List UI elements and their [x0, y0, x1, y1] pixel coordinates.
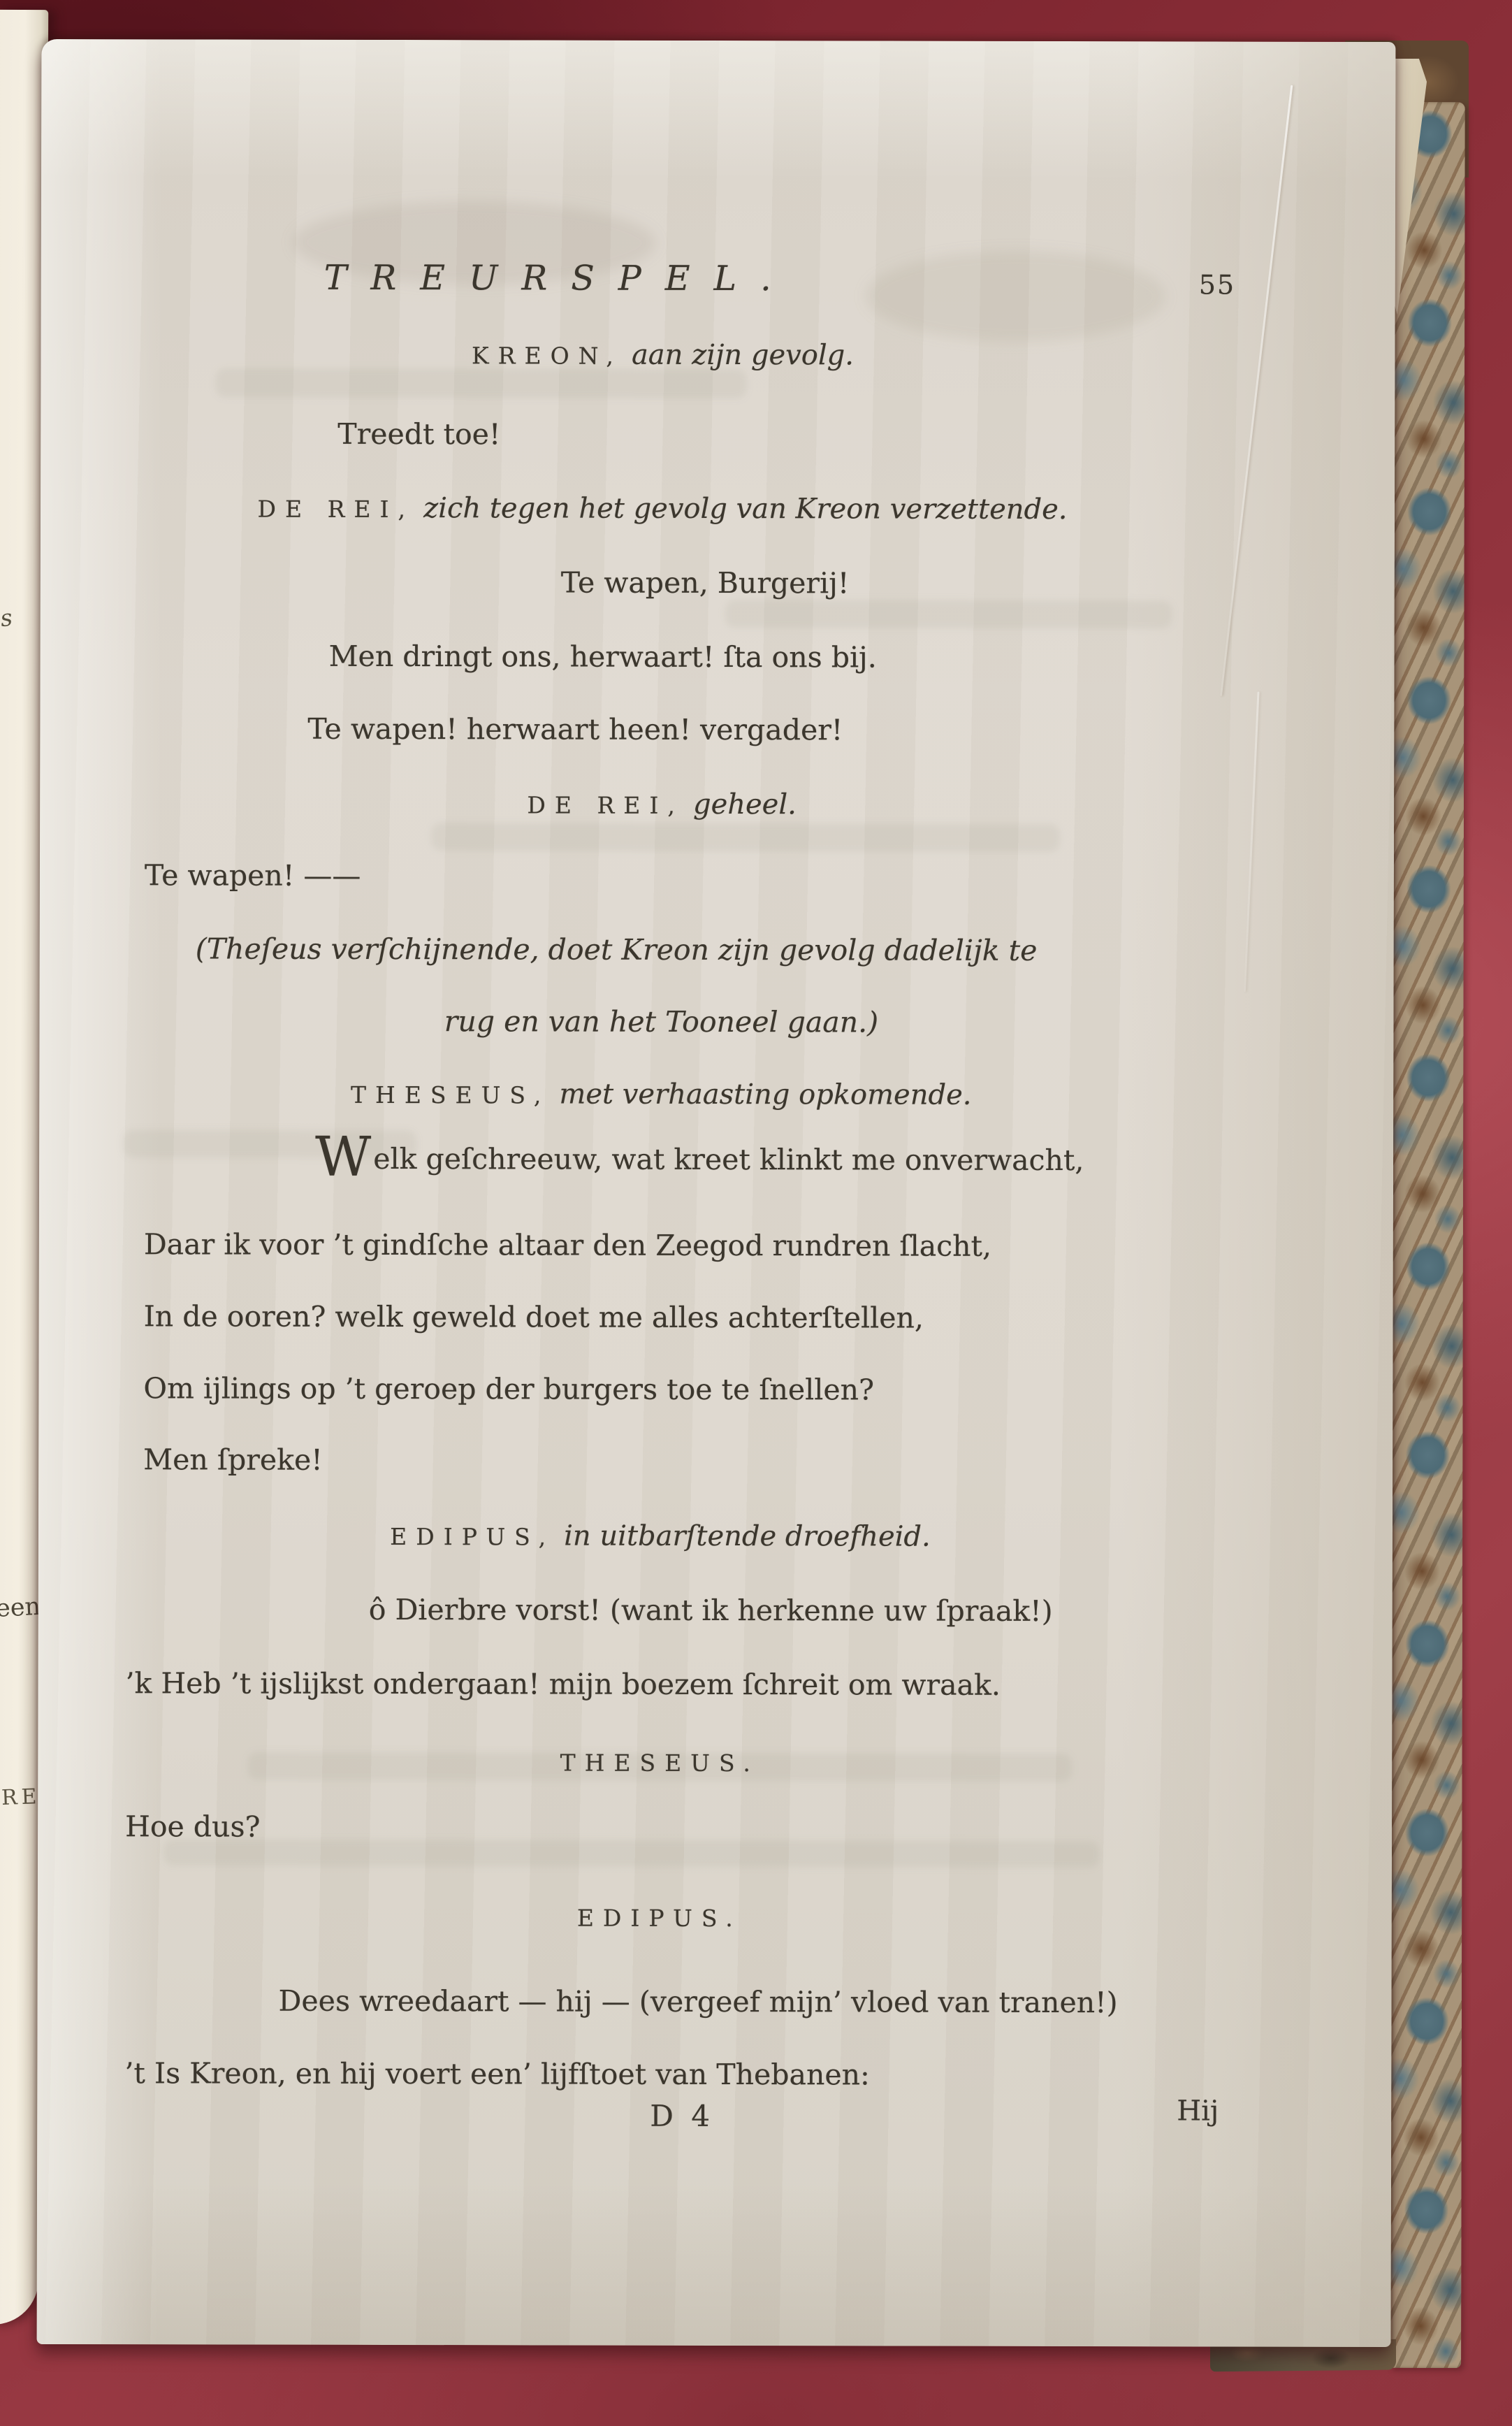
gathering-signature: D 4 [650, 2099, 714, 2133]
dialogue-line: Dees wreedaart — hij — (vergeef mijn’ vl… [279, 1984, 1118, 2020]
dialogue-line: Daar ik voor ’t gindſche altaar den Zeeg… [144, 1227, 991, 1263]
page-crease [1220, 85, 1293, 696]
dialogue-line: ’k Heb ’t ijslijkst ondergaan! mijn boez… [125, 1666, 1000, 1702]
book-page: TREURSPEL. 55 KREON, aan zijn gevolg. Tr… [37, 39, 1396, 2347]
dialogue-line: ’t Is Kreon, en hij voert een’ lijfſtoet… [124, 2056, 870, 2091]
speech-heading-theseus: THESEUS, met verhaasting opkomende. [351, 1076, 972, 1111]
speech-heading-kreon: KREON, aan zijn gevolg. [472, 337, 854, 371]
stage-direction-inline: zich tegen het gevolg van Kreon verzette… [423, 492, 1068, 526]
stage-direction-line: rug en van het Tooneel gaan.) [444, 1004, 878, 1039]
dialogue-line: Te wapen! —— [145, 858, 361, 893]
speaker-name: KREON, [472, 342, 623, 369]
speaker-name: THESEUS, [351, 1081, 550, 1109]
running-header: TREURSPEL. 55 [108, 257, 1219, 299]
stage-direction-inline: geheel. [693, 788, 797, 821]
speaker-name: THESEUS. [560, 1749, 759, 1777]
stage-direction-inline: met verhaasting opkomende. [559, 1078, 971, 1111]
dialogue-line: ô Dierbre vorst! (want ik herkenne uw ſp… [369, 1593, 1053, 1628]
speech-heading-theseus-2: THESEUS. [560, 1745, 759, 1779]
speaker-name: EDIPUS. [577, 1905, 742, 1932]
speech-heading-edipus-2: EDIPUS. [577, 1900, 742, 1933]
dialogue-line: Men ſpreke! [143, 1443, 323, 1477]
speaker-name: DE REI, [258, 496, 415, 523]
dialogue-line: Welk geſchreeuw, wat kreet klinkt me onv… [315, 1136, 1084, 1181]
catchword: Hij [1177, 2095, 1219, 2127]
dialogue-line: Te wapen, Burgerij! [561, 566, 850, 600]
speaker-name: EDIPUS, [390, 1523, 555, 1550]
stage-direction-inline: in uitbarſtende droefheid. [564, 1520, 931, 1553]
page-text-column: TREURSPEL. 55 KREON, aan zijn gevolg. Tr… [103, 39, 1219, 2346]
dialogue-line-rest: elk geſchreeuw, wat kreet klinkt me onve… [373, 1142, 1084, 1177]
dialogue-line: Men dringt ons, herwaart! ſta ons bij. [329, 640, 877, 674]
dialogue-line: Hoe dus? [125, 1810, 261, 1843]
stage-direction-line: (Theſeus verſchijnende, doet Kreon zijn … [196, 932, 1038, 967]
page-number: 55 [1199, 269, 1235, 300]
facing-page-text-fragment-bottom: RE [1, 1784, 41, 1810]
speaker-name: DE REI, [527, 791, 684, 818]
stage-direction-inline: aan zijn gevolg. [632, 339, 854, 372]
speech-heading-de-rei: DE REI, zich tegen het gevolg van Kreon … [258, 491, 1068, 526]
marbled-fore-edge [1390, 102, 1465, 2368]
dialogue-line: Om ijlings op ’t geroep der burgers toe … [143, 1371, 874, 1406]
speech-heading-de-rei-geheel: DE REI, geheel. [527, 786, 797, 821]
running-header-title: TREURSPEL. [324, 258, 795, 298]
dialogue-line: In de ooren? welk geweld doet me alles a… [144, 1299, 924, 1334]
dialogue-line: Te wapen! herwaart heen! vergader! [307, 712, 843, 747]
drop-capital: W [315, 1126, 371, 1189]
page-crease [1244, 692, 1260, 992]
speech-heading-edipus: EDIPUS, in uitbarſtende droefheid. [390, 1518, 931, 1553]
dialogue-line: Treedt toe! [337, 417, 500, 451]
